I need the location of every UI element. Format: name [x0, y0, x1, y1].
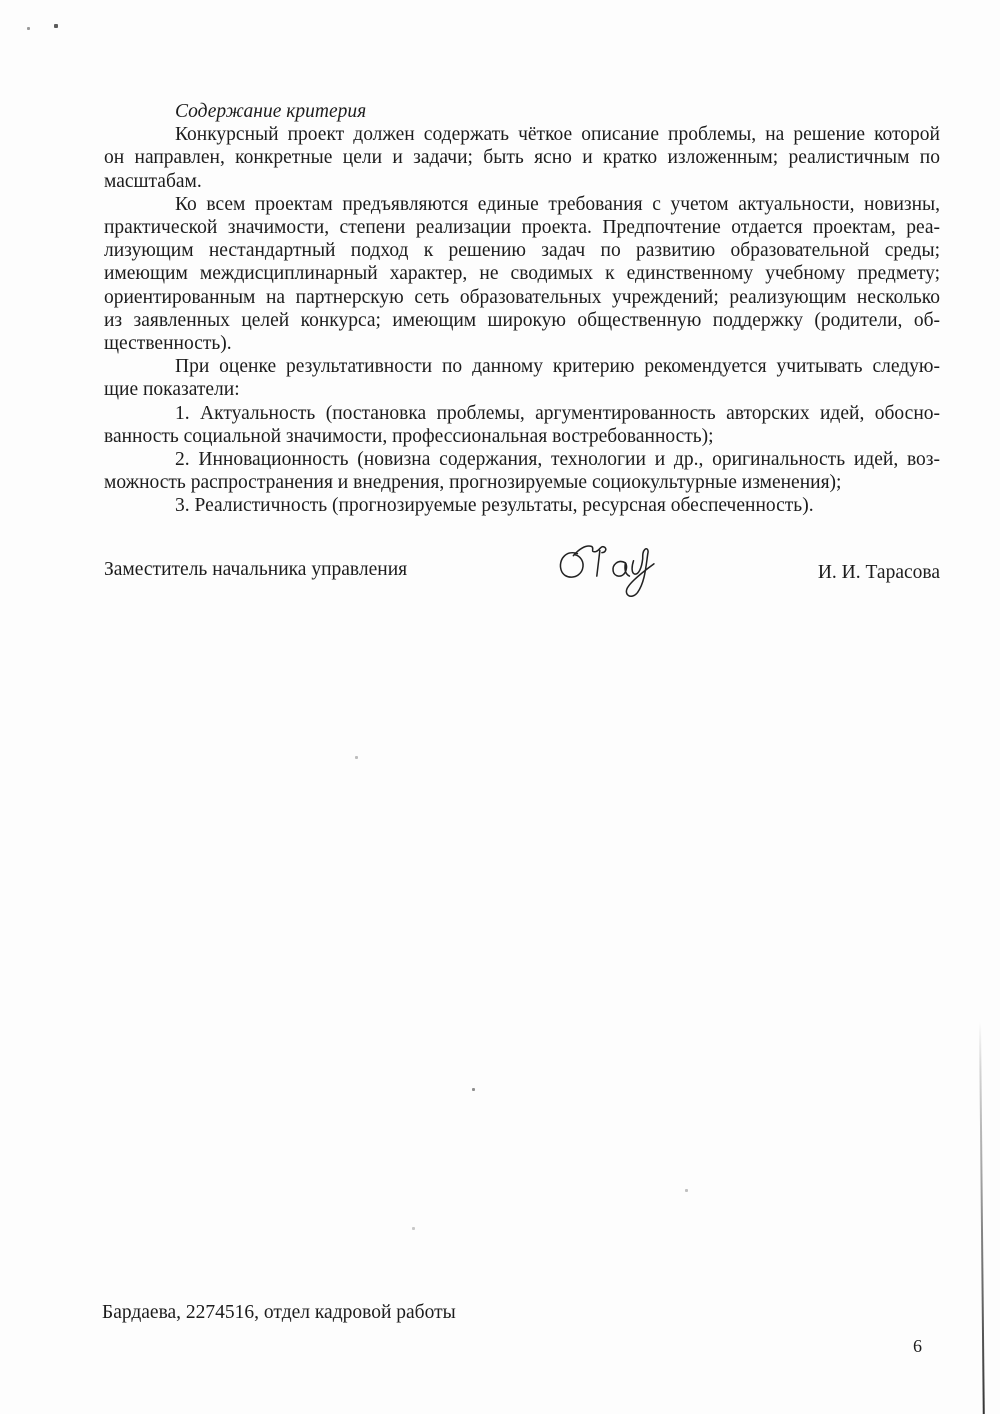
text-line: При оценке результативности по данному к…	[104, 355, 940, 378]
text-line: он направлен, конкретные цели и задачи; …	[104, 146, 940, 169]
scan-artifact-speck	[355, 756, 358, 759]
text-line: масштабам.	[104, 170, 940, 193]
text-line: Конкурсный проект должен содержать чётко…	[104, 123, 940, 146]
document-body: Конкурсный проект должен содержать чётко…	[104, 123, 940, 517]
scan-artifact-line	[979, 1022, 985, 1414]
document-content: Содержание критерия Конкурсный проект до…	[104, 100, 940, 636]
text-line: 3. Реалистичность (прогнозируемые резуль…	[104, 494, 940, 517]
section-heading: Содержание критерия	[104, 100, 940, 123]
text-line: Ко всем проектам предъявляются единые тр…	[104, 193, 940, 216]
scanned-document-page: Содержание критерия Конкурсный проект до…	[0, 0, 1000, 1414]
text-line: лизующим нестандартный подход к решению …	[104, 239, 940, 262]
signature-row: Заместитель начальника управления И. И. …	[104, 556, 940, 636]
text-line: имеющим междисциплинарный характер, не с…	[104, 262, 940, 285]
text-line: щие показатели:	[104, 378, 940, 401]
scan-artifact-speck	[27, 27, 30, 30]
text-line: 1. Актуальность (постановка проблемы, ар…	[104, 402, 940, 425]
footer-contact: Бардаева, 2274516, отдел кадровой работы	[102, 1302, 456, 1324]
scan-artifact-speck	[412, 1227, 415, 1230]
scan-artifact-speck	[54, 24, 58, 28]
page-number: 6	[913, 1336, 922, 1357]
scan-artifact-speck	[685, 1189, 688, 1192]
signatory-title: Заместитель начальника управления	[104, 558, 407, 581]
text-line: ванность социальной значимости, професси…	[104, 425, 940, 448]
text-line: практической значимости, степени реализа…	[104, 216, 940, 239]
text-line: можность распространения и внедрения, пр…	[104, 471, 940, 494]
text-line: 2. Инновационность (новизна содержания, …	[104, 448, 940, 471]
text-line: щественность).	[104, 332, 940, 355]
text-line: ориентированным на партнерскую сеть обра…	[104, 286, 940, 309]
scan-artifact-speck	[472, 1088, 475, 1091]
signatory-name: И. И. Тарасова	[818, 561, 940, 584]
handwritten-signature-icon	[556, 540, 658, 604]
text-line: из заявленных целей конкурса; имеющим ши…	[104, 309, 940, 332]
